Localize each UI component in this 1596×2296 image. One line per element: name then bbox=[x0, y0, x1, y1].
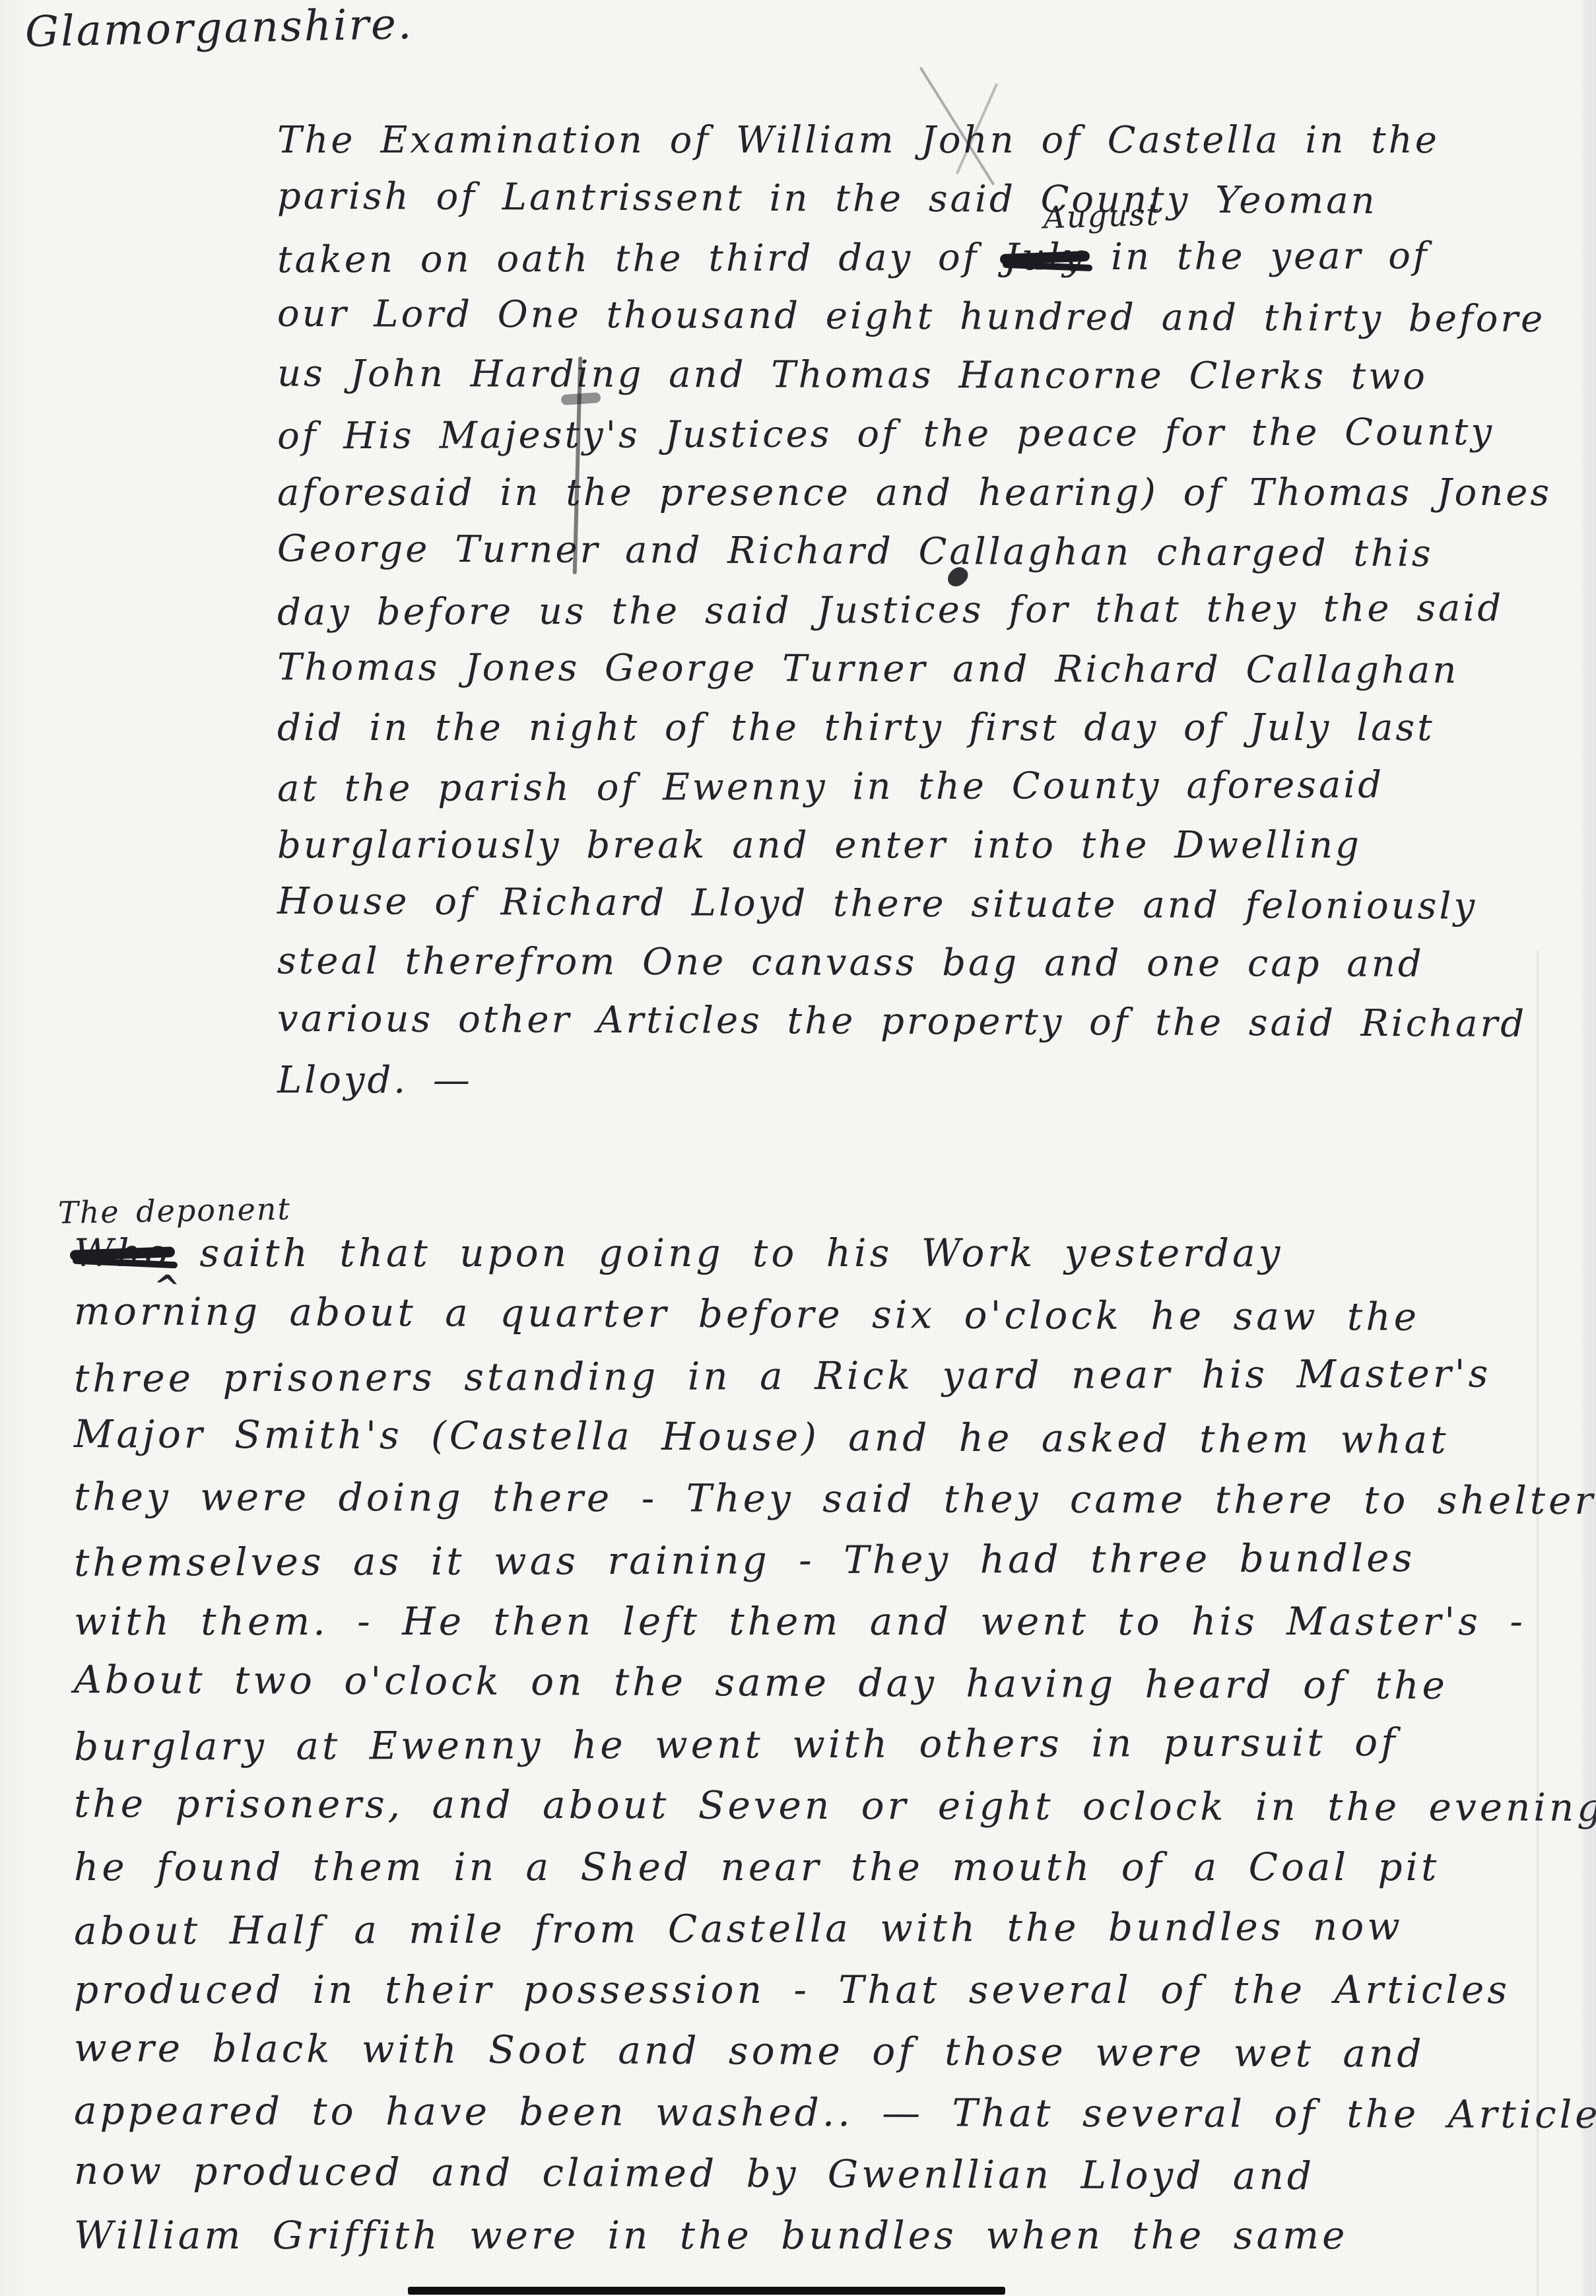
manuscript-page: Glamorganshire. The Examination of Willi… bbox=[0, 0, 1596, 2296]
scanned-manuscript: { "examination": { "heading": "Glamorgan… bbox=[0, 0, 1596, 2296]
line-text: taken on oath the third day of bbox=[277, 236, 980, 282]
manuscript-line: Lloyd. — bbox=[277, 1051, 1571, 1110]
county-heading: Glamorganshire. bbox=[24, 0, 414, 57]
manuscript-line: burglary at Ewenny he went with others i… bbox=[74, 1711, 1585, 1778]
manuscript-line: the prisoners, and about Seven or eight … bbox=[74, 1773, 1585, 1839]
manuscript-line: were black with Soot and some of those w… bbox=[74, 2017, 1585, 2085]
manuscript-line: at the parish of Ewenny in the County af… bbox=[277, 755, 1571, 819]
manuscript-line: themselves as it was raining - They had … bbox=[74, 1527, 1585, 1594]
inserted-word: August bbox=[1043, 185, 1161, 247]
manuscript-line: produced in their possession - That seve… bbox=[74, 1959, 1585, 2021]
manuscript-line: of His Majesty's Justices of the peace f… bbox=[277, 403, 1571, 466]
manuscript-line: our Lord One thousand eight hundred and … bbox=[277, 285, 1571, 349]
manuscript-line: The deponent Who ^ saith that upon going… bbox=[74, 1223, 1283, 1284]
manuscript-line: burglariously break and enter into the D… bbox=[277, 816, 1571, 875]
deposition-paragraph: The deponent Who ^ saith that upon going… bbox=[74, 1223, 1585, 2266]
manuscript-line: he found them in a Shed near the mouth o… bbox=[74, 1837, 1585, 1898]
manuscript-line: Thomas Jones George Turner and Richard C… bbox=[277, 638, 1571, 700]
manuscript-line: George Turner and Richard Callaghan char… bbox=[277, 520, 1571, 584]
manuscript-line: taken on oath the third day of JulyAugus… bbox=[277, 226, 1571, 290]
manuscript-line: parish of Lantrissent in the said County… bbox=[277, 167, 1571, 232]
manuscript-line: did in the night of the thirty first day… bbox=[277, 698, 1571, 757]
manuscript-line: morning about a quarter before six o'clo… bbox=[74, 1281, 1585, 1349]
line-text: saith that upon going to his Work yester… bbox=[199, 1231, 1283, 1275]
manuscript-line: day before us the said Justices for that… bbox=[277, 579, 1571, 642]
manuscript-line: about Half a mile from Castella with the… bbox=[74, 1895, 1585, 1962]
manuscript-line: with them. - He then left them and went … bbox=[74, 1591, 1585, 1652]
scan-edge-bar bbox=[408, 2287, 1005, 2295]
manuscript-line: aforesaid in the presence and hearing) o… bbox=[277, 463, 1571, 522]
manuscript-line: appeared to have been washed.. — That se… bbox=[74, 2080, 1585, 2145]
manuscript-line: various other Articles the property of t… bbox=[277, 990, 1571, 1054]
manuscript-line: About two o'clock on the same day having… bbox=[74, 1649, 1585, 1717]
manuscript-line: steal therefrom One canvass bag and one … bbox=[277, 931, 1571, 994]
manuscript-line: The Examination of William John of Caste… bbox=[277, 111, 1571, 170]
manuscript-line: three prisoners standing in a Rick yard … bbox=[74, 1343, 1585, 1409]
manuscript-line: they were doing there - They said they c… bbox=[74, 1466, 1585, 1532]
correction-group: JulyAugust bbox=[1004, 228, 1086, 287]
manuscript-line: William Griffith were in the bundles whe… bbox=[74, 2205, 1585, 2266]
manuscript-line: Major Smith's (Castella House) and he as… bbox=[74, 1403, 1585, 1471]
manuscript-line: House of Richard Lloyd there situate and… bbox=[277, 872, 1571, 937]
manuscript-line: us John Harding and Thomas Hancorne Cler… bbox=[277, 344, 1571, 406]
examination-paragraph: The Examination of William John of Caste… bbox=[277, 111, 1571, 1110]
manuscript-line: now produced and claimed by Gwenllian Ll… bbox=[74, 2140, 1585, 2208]
